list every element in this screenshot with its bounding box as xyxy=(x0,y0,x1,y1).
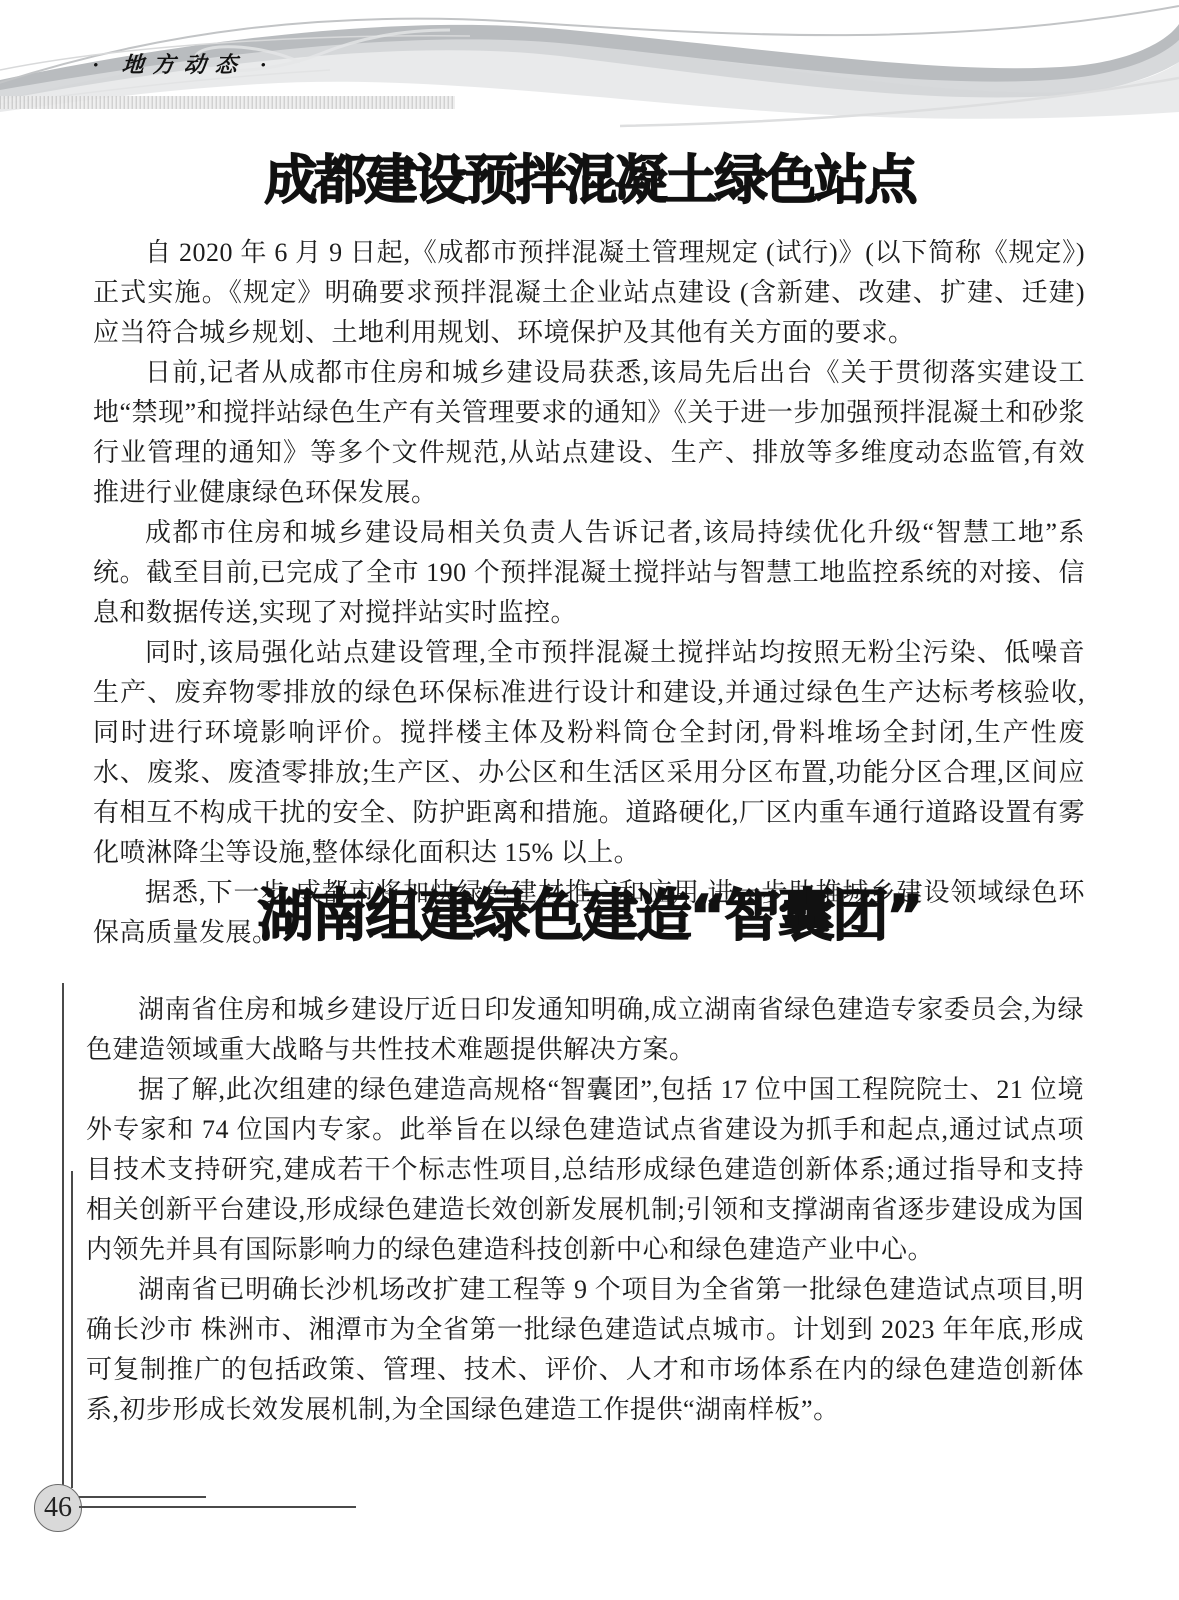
footer-rule-long xyxy=(79,1506,356,1508)
page-number-badge: 46 xyxy=(34,1484,82,1532)
section-label: · 地方动态 · xyxy=(92,48,276,79)
article2-paragraph-1: 湖南省住房和城乡建设厅近日印发通知明确,成立湖南省绿色建造专家委员会,为绿色建造… xyxy=(86,990,1084,1070)
footer-rule-short xyxy=(79,1496,206,1498)
left-vertical-rule-outer xyxy=(62,983,64,1485)
left-vertical-rule-inner xyxy=(71,1171,73,1488)
article1-paragraph-3: 成都市住房和城乡建设局相关负责人告诉记者,该局持续优化升级“智慧工地”系统。截至… xyxy=(93,513,1085,633)
article1-title: 成都建设预拌混凝土绿色站点 xyxy=(0,138,1179,214)
article2-paragraph-3: 湖南省已明确长沙机场改扩建工程等 9 个项目为全省第一批绿色建造试点项目,明确长… xyxy=(86,1270,1084,1430)
article2-title: 湖南组建绿色建造“智囊团” xyxy=(0,872,1179,952)
magazine-page: · 地方动态 · 成都建设预拌混凝土绿色站点 自 2020 年 6 月 9 日起… xyxy=(0,0,1179,1600)
page-number: 46 xyxy=(44,1492,72,1524)
header-hatch-bar xyxy=(0,96,455,109)
article2-paragraph-2: 据了解,此次组建的绿色建造高规格“智囊团”,包括 17 位中国工程院院士、21 … xyxy=(86,1070,1084,1270)
article1-body: 自 2020 年 6 月 9 日起,《成都市预拌混凝土管理规定 (试行)》(以下… xyxy=(93,233,1085,953)
article1-paragraph-4: 同时,该局强化站点建设管理,全市预拌混凝土搅拌站均按照无粉尘污染、低噪音生产、废… xyxy=(93,633,1085,873)
article2-body: 湖南省住房和城乡建设厅近日印发通知明确,成立湖南省绿色建造专家委员会,为绿色建造… xyxy=(86,990,1084,1430)
article1-paragraph-2: 日前,记者从成都市住房和城乡建设局获悉,该局先后出台《关于贯彻落实建设工地“禁现… xyxy=(93,353,1085,513)
article1-paragraph-1: 自 2020 年 6 月 9 日起,《成都市预拌混凝土管理规定 (试行)》(以下… xyxy=(93,233,1085,353)
